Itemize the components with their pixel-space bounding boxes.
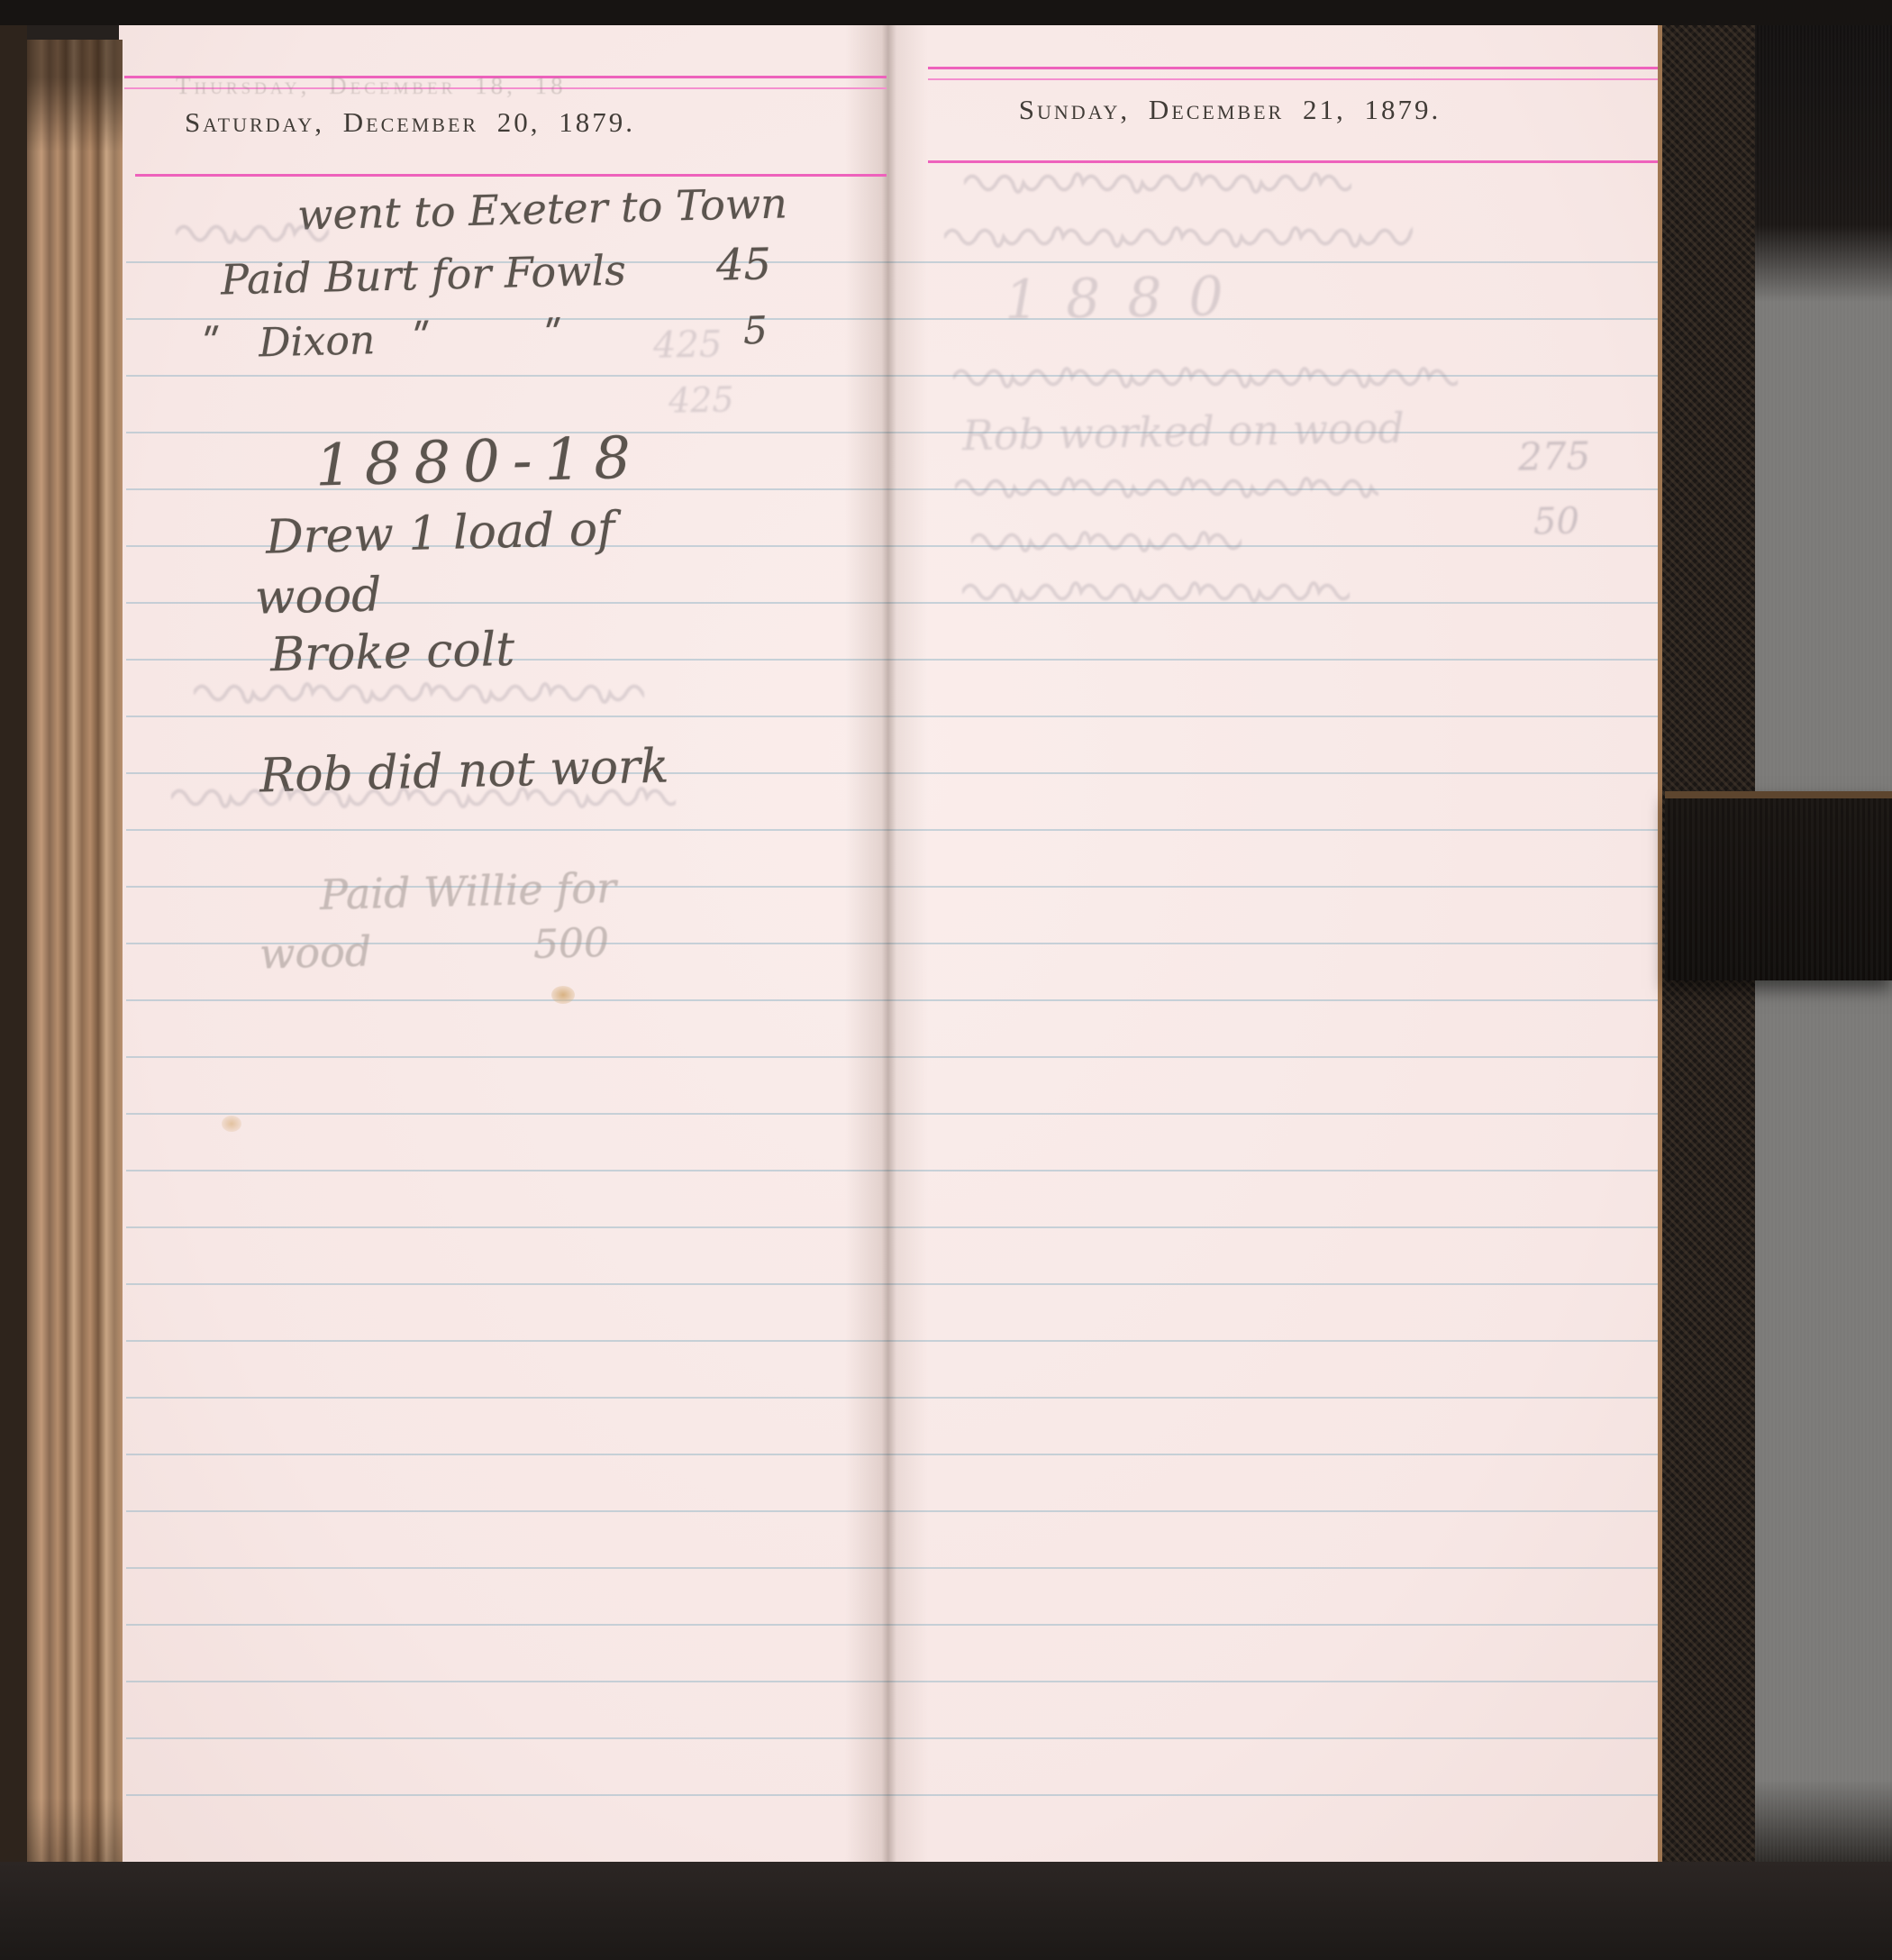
- pink-rule: [928, 78, 1662, 80]
- bleedthrough-stroke: [971, 526, 1242, 561]
- pink-rule: [135, 174, 887, 177]
- page-edge-stack: [25, 40, 123, 1910]
- diary-entry: wood: [254, 568, 382, 624]
- bleedthrough-stroke: [171, 782, 676, 817]
- bleedthrough-number: 425: [653, 324, 723, 366]
- diary-entry: ʺ Dixon ʺ ʺ: [202, 313, 563, 368]
- paper-stain: [551, 986, 575, 1004]
- bleedthrough-entry: 1880: [1004, 265, 1251, 333]
- paper-stain: [222, 1116, 241, 1132]
- bleedthrough-stroke: [955, 472, 1378, 507]
- diary-entry-faint: Paid Willie for: [319, 863, 616, 919]
- scan-top-edge: [0, 0, 1892, 25]
- bleedthrough-amount: 275: [1518, 433, 1591, 479]
- left-page-header: Saturday, December 20, 1879.: [122, 106, 698, 139]
- diary-scan: Thursday, December 18, 18 Saturday, Dece…: [0, 0, 1892, 1960]
- bleedthrough-header: Thursday, December 18, 18: [176, 72, 567, 100]
- diary-entry: 1880-18: [314, 425, 644, 500]
- diary-amount: 5: [742, 308, 768, 353]
- bleedthrough-stroke: [962, 577, 1350, 612]
- diary-entry-faint: wood: [259, 926, 372, 978]
- bleedthrough-stroke: [944, 222, 1413, 257]
- diary-entry: Broke colt: [269, 623, 515, 683]
- diary-entry: Drew 1 load of: [265, 502, 615, 564]
- gutter-shadow: [845, 23, 928, 1864]
- bleedthrough-stroke: [964, 168, 1351, 203]
- diary-entry: Paid Burt for Fowls: [220, 246, 626, 305]
- diary-amount-faint: 500: [532, 920, 609, 968]
- scan-bottom-edge: [0, 1862, 1892, 1960]
- cover-strap: [1665, 791, 1892, 980]
- bleedthrough-stroke: [176, 218, 329, 253]
- right-page-header: Sunday, December 21, 1879.: [887, 94, 1572, 126]
- bleedthrough-stroke: [953, 362, 1458, 397]
- pink-rule: [928, 160, 1662, 163]
- pink-rule: [928, 67, 1662, 69]
- bleedthrough-stroke: [194, 678, 644, 713]
- bleedthrough-entry: Rob worked on wood: [962, 404, 1405, 460]
- bleedthrough-amount: 50: [1533, 501, 1580, 543]
- diary-amount: 45: [715, 239, 771, 290]
- cover-left-edge: [0, 0, 27, 1960]
- bleedthrough-number: 425: [669, 379, 734, 420]
